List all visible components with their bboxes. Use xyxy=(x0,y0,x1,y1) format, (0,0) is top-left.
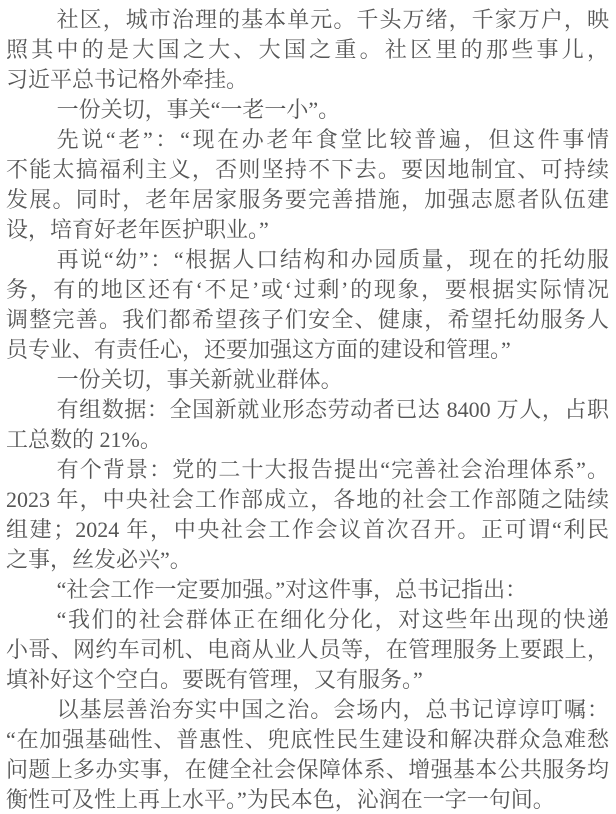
text-line: 工总数的 21%。 xyxy=(6,425,609,455)
text-line: 衡性可及性上再上水平。”为民本色，沁润在一字一句间。 xyxy=(6,785,609,814)
text-line: 之事，丝发必兴”。 xyxy=(6,545,609,575)
text-line: 2023 年，中央社会工作部成立，各地的社会工作部随之陆续 xyxy=(6,485,609,515)
article-text-block: 社区，城市治理的基本单元。千头万绪，千家万户，映 照其中的是大国之大、大国之重。… xyxy=(0,0,616,814)
text-line: 问题上多办实事，在健全社会保障体系、增强基本公共服务均 xyxy=(6,755,609,785)
text-line: 设，培育好老年医护职业。” xyxy=(6,215,609,245)
text-line: 调整完善。我们都希望孩子们安全、健康，希望托幼服务人 xyxy=(6,305,609,335)
text-line: 小哥、网约车司机、电商从业人员等，在管理服务上要跟上， xyxy=(6,635,609,665)
text-line: 发展。同时，老年居家服务要完善措施，加强志愿者队伍建 xyxy=(6,185,609,215)
text-line: 再说“幼”：“根据人口结构和办园质量，现在的托幼服 xyxy=(6,245,609,275)
text-line: 以基层善治夯实中国之治。会场内，总书记谆谆叮嘱： xyxy=(6,695,609,725)
text-line: 一份关切，事关新就业群体。 xyxy=(6,365,609,395)
text-line: 组建；2024 年，中央社会工作会议首次召开。正可谓“利民 xyxy=(6,515,609,545)
text-line: 有组数据：全国新就业形态劳动者已达 8400 万人，占职 xyxy=(6,395,609,425)
text-line: “在加强基础性、普惠性、兜底性民生建设和解决群众急难愁盼 xyxy=(6,725,609,755)
text-line: 先说“老”：“现在办老年食堂比较普遍，但这件事情 xyxy=(6,125,609,155)
text-line: 不能太搞福利主义，否则坚持不下去。要因地制宜、可持续 xyxy=(6,155,609,185)
text-line: 填补好这个空白。要既有管理，又有服务。” xyxy=(6,665,609,695)
text-line: 一份关切，事关“一老一小”。 xyxy=(6,95,609,125)
text-line: 员专业、有责任心，还要加强这方面的建设和管理。” xyxy=(6,335,609,365)
text-line: 习近平总书记格外牵挂。 xyxy=(6,65,609,95)
text-line: “社会工作一定要加强。”对这件事，总书记指出： xyxy=(6,575,609,605)
text-line: 社区，城市治理的基本单元。千头万绪，千家万户，映 xyxy=(6,5,609,35)
text-line: 照其中的是大国之大、大国之重。社区里的那些事儿， xyxy=(6,35,609,65)
text-line: 有个背景：党的二十大报告提出“完善社会治理体系”。 xyxy=(6,455,609,485)
text-line: 务，有的地区还有‘不足’或‘过剩’的现象，要根据实际情况 xyxy=(6,275,609,305)
text-line: “我们的社会群体正在细化分化，对这些年出现的快递 xyxy=(6,605,609,635)
